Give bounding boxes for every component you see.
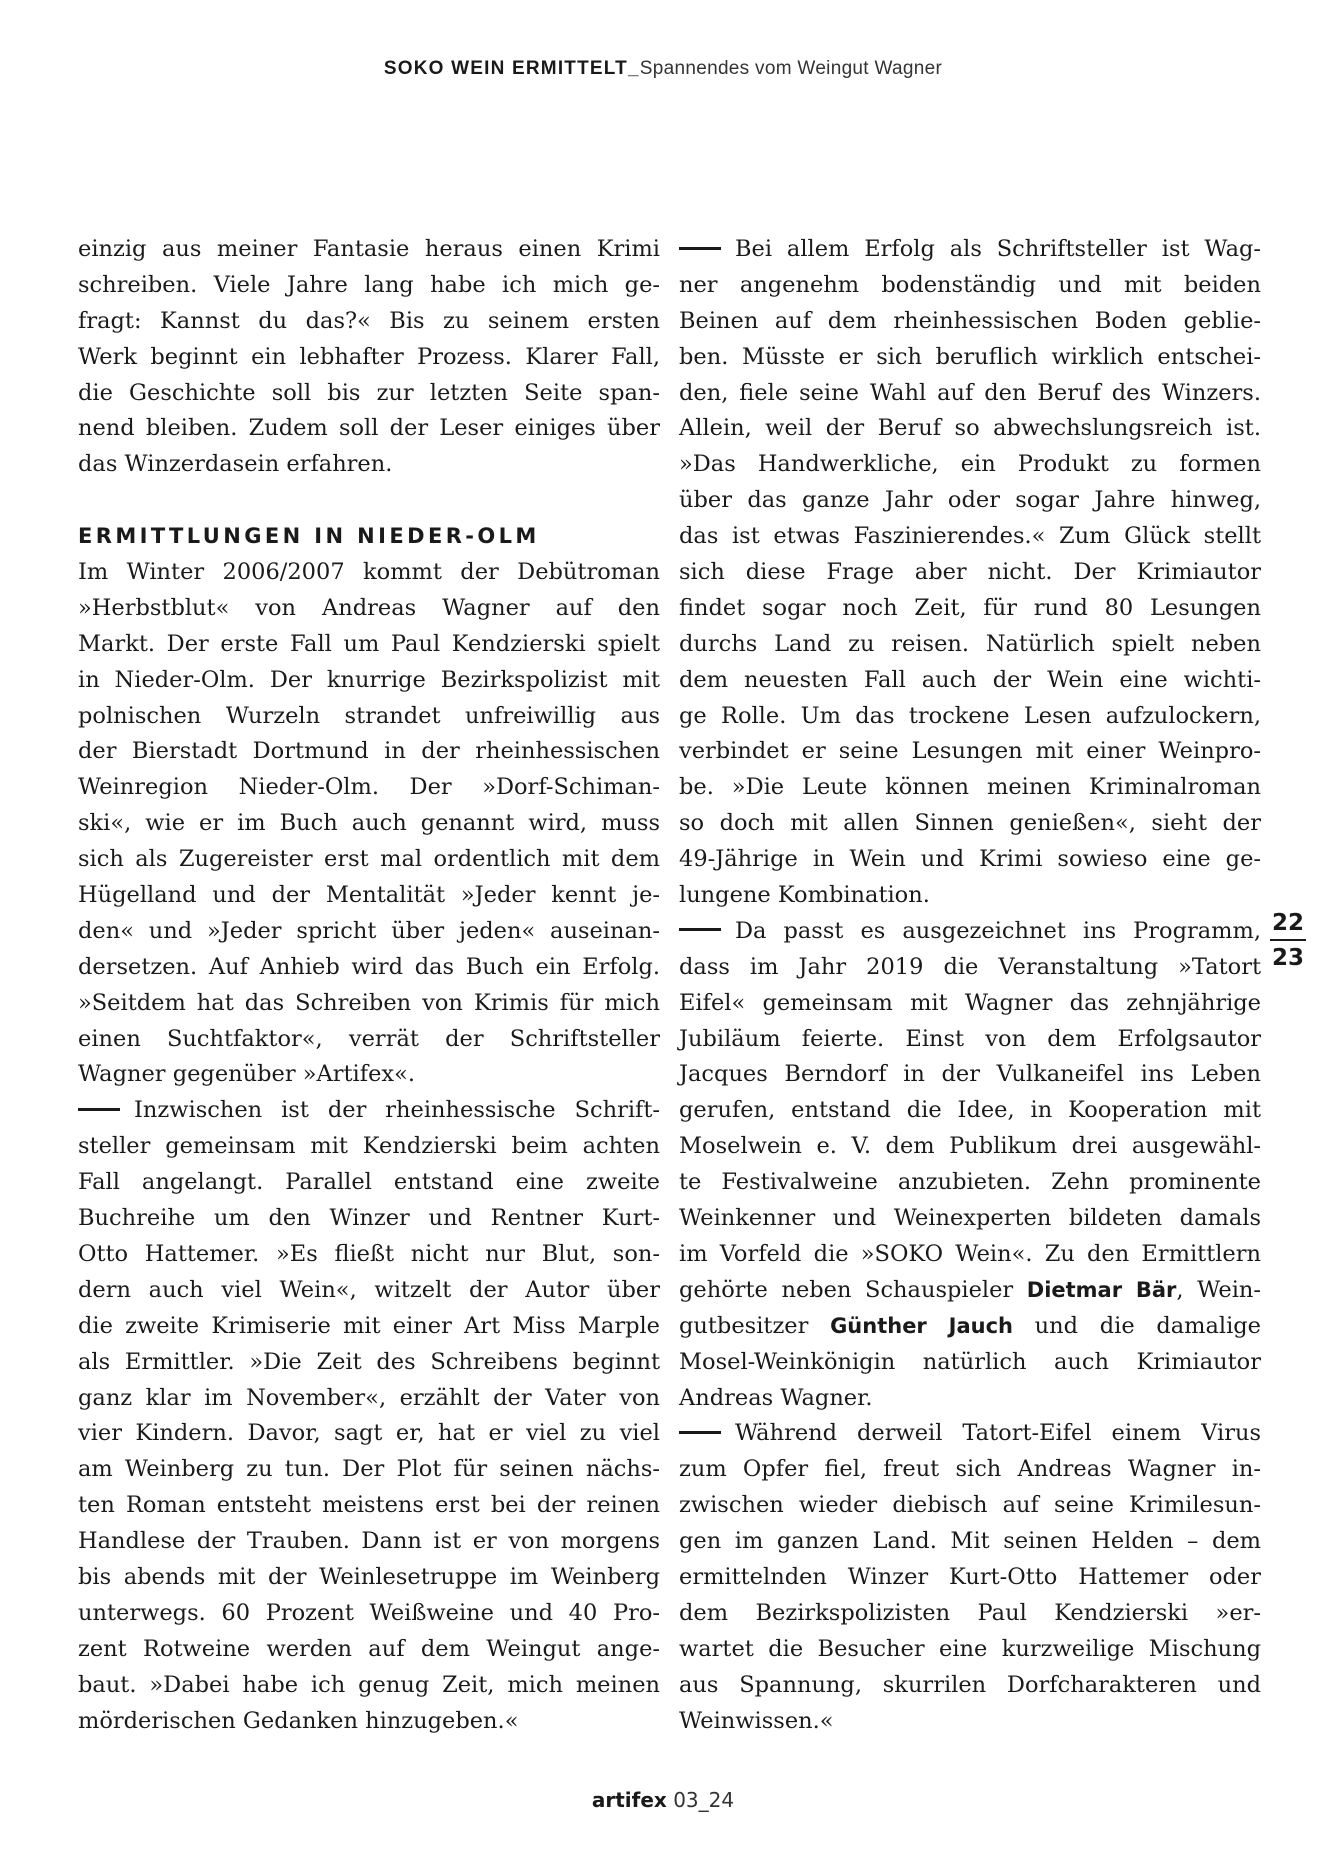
text-line: den« und »Jeder spricht über jeden« ause… [78, 914, 660, 950]
text-line-with-bold: gutbesitzer Günther Jauch und die damali… [679, 1309, 1261, 1345]
text-line: Markt. Der erste Fall um Paul Kendziersk… [78, 627, 660, 663]
text-line: Jacques Berndorf in der Vulkaneifel ins … [679, 1057, 1261, 1093]
paragraph-debut: Im Winter 2006/2007 kommt der Debütroman… [78, 555, 660, 1093]
text-span: Bei allem Erfolg als Schriftsteller ist … [735, 236, 1261, 262]
text-line: in Nieder-Olm. Der knurrige Bezirkspoliz… [78, 663, 660, 699]
text-line: ner angenehm bodenständig und mit beiden [679, 268, 1261, 304]
text-line: Wagner gegenüber »Artifex«. [78, 1057, 660, 1093]
text-line: zwischen wieder diebisch auf seine Krimi… [679, 1488, 1261, 1524]
text-line: sich als Zugereister erst mal ordentlich… [78, 842, 660, 878]
text-line: lungene Kombination. [679, 878, 1261, 914]
text-line: Werk beginnt ein lebhafter Prozess. Klar… [78, 340, 660, 376]
intro-paragraph: einzig aus meiner Fantasie heraus einen … [78, 232, 660, 483]
text-span: , Wein- [1176, 1277, 1261, 1303]
text-line: bis abends mit der Weinlesetruppe im Wei… [78, 1560, 660, 1596]
text-span: Inzwischen ist der rheinhessische Schrif… [134, 1097, 660, 1123]
text-line: ten Roman entsteht meistens erst bei der… [78, 1488, 660, 1524]
magazine-brand: artifex [592, 1788, 667, 1812]
text-line: be. »Die Leute können meinen Kriminalrom… [679, 770, 1261, 806]
person-name-guenther-jauch: Günther Jauch [830, 1314, 1013, 1338]
section-heading: ERMITTLUNGEN IN NIEDER-OLM [78, 519, 660, 555]
text-line: gerufen, entstand die Idee, in Kooperati… [679, 1093, 1261, 1129]
text-line: Beinen auf dem rheinhessischen Boden geb… [679, 304, 1261, 340]
text-line: dersetzen. Auf Anhieb wird das Buch ein … [78, 950, 660, 986]
page-number-left: 22 [1270, 908, 1306, 938]
text-line: findet sogar noch Zeit, für rund 80 Lesu… [679, 591, 1261, 627]
text-line: Buchreihe um den Winzer und Rentner Kurt… [78, 1201, 660, 1237]
text-line-first: Während derweil Tatort-Eifel einem Virus [679, 1416, 1261, 1452]
text-line: Weinwissen.« [679, 1704, 1261, 1740]
paragraph-grounded: Bei allem Erfolg als Schriftsteller ist … [679, 232, 1261, 914]
text-line: wartet die Besucher eine kurzweilige Mis… [679, 1632, 1261, 1668]
text-line-first: Inzwischen ist der rheinhessische Schrif… [78, 1093, 660, 1129]
text-span: gutbesitzer [679, 1313, 830, 1339]
text-line-with-bold: gehörte neben Schauspieler Dietmar Bär, … [679, 1273, 1261, 1309]
text-line: einen Suchtfaktor«, verrät der Schriftst… [78, 1022, 660, 1058]
left-column: einzig aus meiner Fantasie heraus einen … [78, 232, 660, 1739]
page-number-right: 23 [1270, 943, 1306, 973]
text-line: vier Kindern. Davor, sagt er, hat er vie… [78, 1416, 660, 1452]
text-line: dem neuesten Fall auch der Wein eine wic… [679, 663, 1261, 699]
person-name-dietmar-baer: Dietmar Bär [1027, 1278, 1177, 1302]
text-span: Da passt es ausgezeichnet ins Programm, [735, 918, 1261, 944]
text-line: die Geschichte soll bis zur letzten Seit… [78, 376, 660, 412]
text-line: einzig aus meiner Fantasie heraus einen … [78, 232, 660, 268]
text-line: Moselwein e. V. dem Publikum drei ausgew… [679, 1129, 1261, 1165]
paragraph-dash-icon [78, 1108, 120, 1111]
text-line: Weinregion Nieder-Olm. Der »Dorf-Schiman… [78, 770, 660, 806]
text-line: »Herbstblut« von Andreas Wagner auf den [78, 591, 660, 627]
text-line-first: Da passt es ausgezeichnet ins Programm, [679, 914, 1261, 950]
text-line: nend bleiben. Zudem soll der Leser einig… [78, 411, 660, 447]
paragraph-dash-icon [679, 247, 721, 250]
text-line: schreiben. Viele Jahre lang habe ich mic… [78, 268, 660, 304]
text-line: am Weinberg zu tun. Der Plot für seinen … [78, 1452, 660, 1488]
text-line: Eifel« gemeinsam mit Wagner das zehnjähr… [679, 986, 1261, 1022]
text-line: im Vorfeld die »SOKO Wein«. Zu den Ermit… [679, 1237, 1261, 1273]
paragraph-dash-icon [679, 1431, 721, 1434]
text-line: mörderischen Gedanken hinzugeben.« [78, 1704, 660, 1740]
text-line: über das ganze Jahr oder sogar Jahre hin… [679, 483, 1261, 519]
running-header: SOKO WEIN ERMITTELT_Spannendes vom Weing… [0, 58, 1326, 80]
text-line: als Ermittler. »Die Zeit des Schreibens … [78, 1345, 660, 1381]
text-line: Hügelland und der Mentalität »Jeder kenn… [78, 878, 660, 914]
text-line: ermittelnden Winzer Kurt-Otto Hattemer o… [679, 1560, 1261, 1596]
text-line: den, fiele seine Wahl auf den Beruf des … [679, 376, 1261, 412]
paragraph-dash-icon [679, 928, 721, 931]
text-line: dern auch viel Wein«, witzelt der Autor … [78, 1273, 660, 1309]
spacer [78, 483, 660, 519]
paragraph-readings: Während derweil Tatort-Eifel einem Virus… [679, 1416, 1261, 1739]
text-span: Während derweil Tatort-Eifel einem Virus [735, 1420, 1261, 1446]
text-line: Otto Hattemer. »Es fließt nicht nur Blut… [78, 1237, 660, 1273]
text-span: und die damalige [1013, 1313, 1261, 1339]
paragraph-tatort-eifel: Da passt es ausgezeichnet ins Programm, … [679, 914, 1261, 1416]
text-line: Im Winter 2006/2007 kommt der Debütroman [78, 555, 660, 591]
text-line: »Das Handwerkliche, ein Produkt zu forme… [679, 447, 1261, 483]
footer: artifex 03_24 [0, 1788, 1326, 1812]
text-line: ganz klar im November«, erzählt der Vate… [78, 1381, 660, 1417]
text-line: baut. »Dabei habe ich genug Zeit, mich m… [78, 1668, 660, 1704]
text-line: Allein, weil der Beruf so abwechslungsre… [679, 411, 1261, 447]
text-line: Handlese der Trauben. Dann ist er von mo… [78, 1524, 660, 1560]
text-line: so doch mit allen Sinnen genießen«, sieh… [679, 806, 1261, 842]
text-line: polnischen Wurzeln strandet unfreiwillig… [78, 699, 660, 735]
text-line: durchs Land zu reisen. Natürlich spielt … [679, 627, 1261, 663]
text-line: sich diese Frage aber nicht. Der Krimiau… [679, 555, 1261, 591]
page-numbers: 22 23 [1270, 908, 1306, 973]
text-line: der Bierstadt Dortmund in der rheinhessi… [78, 734, 660, 770]
text-line: dem Bezirkspolizisten Paul Kendzierski »… [679, 1596, 1261, 1632]
issue-number: 03_24 [673, 1788, 734, 1812]
right-column: Bei allem Erfolg als Schriftsteller ist … [679, 232, 1261, 1739]
text-line: Weinkenner und Weinexperten bildeten dam… [679, 1201, 1261, 1237]
text-line: 49-Jährige in Wein und Krimi sowieso ein… [679, 842, 1261, 878]
text-line: gen im ganzen Land. Mit seinen Helden – … [679, 1524, 1261, 1560]
text-span: gehörte neben Schauspieler [679, 1277, 1027, 1303]
text-line: Jubiläum feierte. Einst von dem Erfolgsa… [679, 1022, 1261, 1058]
text-line: das Winzerdasein erfahren. [78, 447, 660, 483]
page-number-divider [1270, 939, 1306, 941]
text-line-first: Bei allem Erfolg als Schriftsteller ist … [679, 232, 1261, 268]
text-line: zum Opfer fiel, freut sich Andreas Wagne… [679, 1452, 1261, 1488]
text-line: Fall angelangt. Parallel entstand eine z… [78, 1165, 660, 1201]
text-line: fragt: Kannst du das?« Bis zu seinem ers… [78, 304, 660, 340]
text-line: unterwegs. 60 Prozent Weißweine und 40 P… [78, 1596, 660, 1632]
text-line: aus Spannung, skurrilen Dorfcharakteren … [679, 1668, 1261, 1704]
text-line: ski«, wie er im Buch auch genannt wird, … [78, 806, 660, 842]
text-line: steller gemeinsam mit Kendzierski beim a… [78, 1129, 660, 1165]
text-line: Andreas Wagner. [679, 1381, 1261, 1417]
text-line: ge Rolle. Um das trockene Lesen aufzuloc… [679, 699, 1261, 735]
text-line: verbindet er seine Lesungen mit einer We… [679, 734, 1261, 770]
text-line: »Seitdem hat das Schreiben von Krimis fü… [78, 986, 660, 1022]
text-line: dass im Jahr 2019 die Veranstaltung »Tat… [679, 950, 1261, 986]
text-line: die zweite Krimiserie mit einer Art Miss… [78, 1309, 660, 1345]
text-line: ben. Müsste er sich beruflich wirklich e… [679, 340, 1261, 376]
text-line: zent Rotweine werden auf dem Weingut ang… [78, 1632, 660, 1668]
text-line: te Festivalweine anzubieten. Zehn promin… [679, 1165, 1261, 1201]
section-title: SOKO WEIN ERMITTELT_ [384, 58, 640, 79]
paragraph-second-series: Inzwischen ist der rheinhessische Schrif… [78, 1093, 660, 1739]
text-line: das ist etwas Faszinierendes.« Zum Glück… [679, 519, 1261, 555]
text-line: Mosel-Weinkönigin natürlich auch Krimiau… [679, 1345, 1261, 1381]
section-subtitle: Spannendes vom Weingut Wagner [640, 58, 942, 79]
